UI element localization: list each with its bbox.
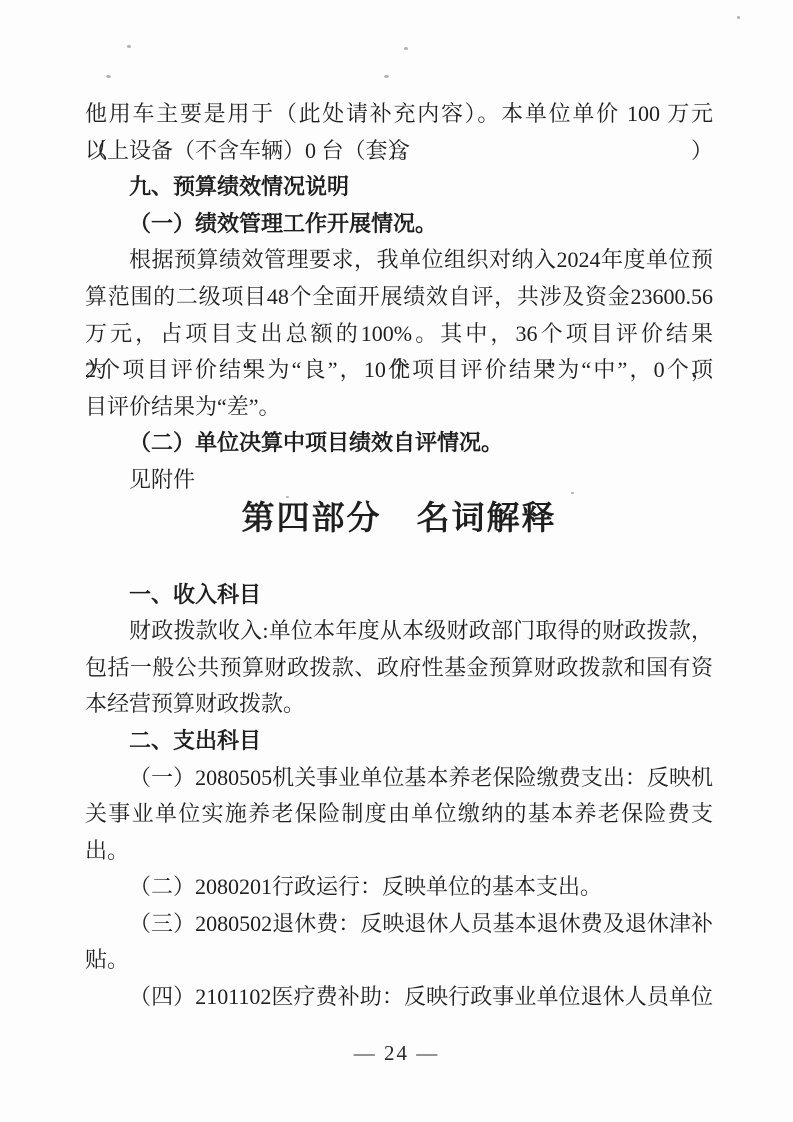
heading-line: 一、收入科目 (85, 577, 713, 614)
text-line: 财政拨款收入:单位本年度从本级财政部门取得的财政拨款， (85, 613, 713, 650)
text-line: （一）2080505机关事业单位基本养老保险缴费支出：反映机 (85, 760, 713, 797)
heading-line: （二）单位决算中项目绩效自评情况。 (85, 425, 713, 462)
document-content: 他用车主要是用于（此处请补充内容）。本单位单价 100 万元（含）以上设备（不含… (85, 96, 713, 1016)
scan-speck (127, 45, 131, 48)
section-title: 第四部分 名词解释 (85, 499, 713, 577)
text-line: 万元，占项目支出总额的100%。其中，36个项目评价结果为“优”， (85, 316, 713, 353)
document-page: 他用车主要是用于（此处请补充内容）。本单位单价 100 万元（含）以上设备（不含… (0, 0, 793, 1122)
text-line: 他用车主要是用于（此处请补充内容）。本单位单价 100 万元（含） (85, 96, 713, 133)
page-number: — 24 — (0, 1041, 793, 1066)
text-line: 关事业单位实施养老保险制度由单位缴纳的基本养老保险费支 (85, 796, 713, 833)
scan-speck (737, 16, 740, 19)
text-line: 贴。 (85, 942, 713, 979)
text-line: 2个项目评价结果为“良”，10个项目评价结果为“中”，0个项 (85, 352, 713, 389)
text-line: （三）2080502退休费：反映退休人员基本退休费及退休津补 (85, 906, 713, 943)
text-line: 算范围的二级项目48个全面开展绩效自评，共涉及资金23600.56 (85, 279, 713, 316)
scan-speck (384, 75, 389, 78)
text-line: 出。 (85, 833, 713, 870)
text-line: （四）2101102医疗费补助：反映行政事业单位退休人员单位 (85, 979, 713, 1016)
text-line: 根据预算绩效管理要求，我单位组织对纳入2024年度单位预 (85, 242, 713, 279)
text-line: 目评价结果为“差”。 (85, 389, 713, 426)
heading-line: 二、支出科目 (85, 723, 713, 760)
heading-line: （一）绩效管理工作开展情况。 (85, 206, 713, 243)
heading-line: 九、预算绩效情况说明 (85, 169, 713, 206)
text-line: 包括一般公共预算财政拨款、政府性基金预算财政拨款和国有资 (85, 650, 713, 687)
text-line: 本经营预算财政拨款。 (85, 686, 713, 723)
text-line: 见附件 (85, 462, 713, 499)
text-line: （二）2080201行政运行：反映单位的基本支出。 (85, 869, 713, 906)
scan-speck (404, 47, 408, 50)
scan-speck (106, 75, 111, 78)
